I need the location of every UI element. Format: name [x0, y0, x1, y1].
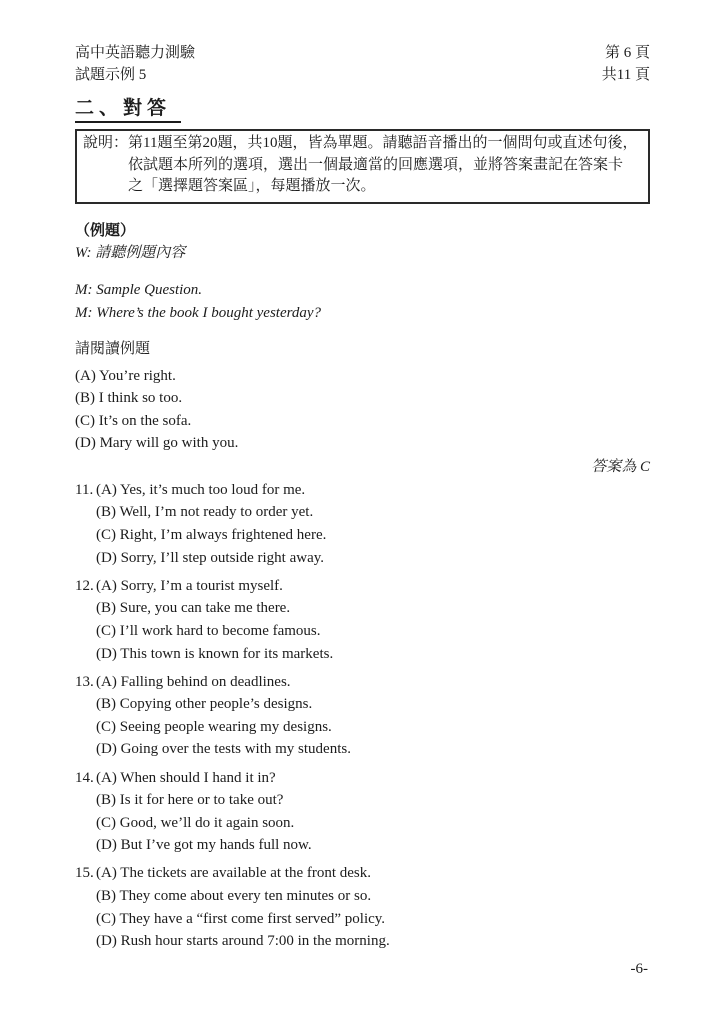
- question-option-b: (B) Is it for here or to take out?: [96, 789, 650, 812]
- question-number: 14.: [75, 767, 96, 790]
- instruction-label: 說明：: [83, 133, 128, 198]
- example-label: （例題）: [75, 219, 650, 240]
- instruction-line: 依試題本所列的選項，選出一個最適當的回應選項，並將答案畫記在答案卡: [128, 155, 642, 177]
- question-option-a: (A) The tickets are available at the fro…: [96, 862, 371, 885]
- question-option-a: (A) Sorry, I’m a tourist myself.: [96, 575, 283, 598]
- example-read-prompt: 請閱讀例題: [75, 338, 650, 361]
- question-number: 11.: [75, 479, 96, 502]
- header-right: 第 6 頁 共11 頁: [602, 42, 650, 86]
- question-11: 11. (A) Yes, it’s much too loud for me. …: [75, 479, 650, 569]
- example-answer-note: 答案為 C: [75, 456, 650, 478]
- footer-page-number: -6-: [631, 962, 649, 977]
- question-12: 12. (A) Sorry, I’m a tourist myself. (B)…: [75, 575, 650, 665]
- example-option-d: (D) Mary will go with you.: [75, 432, 650, 455]
- instruction-line: 之「選擇題答案區」，每題播放一次。: [128, 176, 642, 198]
- question-option-c: (C) They have a “first come first served…: [96, 908, 650, 931]
- header-left: 高中英語聽力測驗 試題示例 5: [75, 42, 195, 86]
- question-option-a: (A) Falling behind on deadlines.: [96, 671, 291, 694]
- question-option-c: (C) Seeing people wearing my designs.: [96, 716, 650, 739]
- section-heading: 二、對答: [75, 93, 181, 123]
- question-option-d: (D) Sorry, I’ll step outside right away.: [96, 547, 650, 570]
- total-pages-indicator: 共11 頁: [602, 64, 650, 86]
- question-15: 15. (A) The tickets are available at the…: [75, 862, 650, 952]
- instruction-line: 第11題至第20題，共10題，皆為單題。請聽語音播出的一個問句或直述句後，: [128, 133, 642, 155]
- instruction-text: 第11題至第20題，共10題，皆為單題。請聽語音播出的一個問句或直述句後， 依試…: [128, 133, 642, 198]
- question-number: 12.: [75, 575, 96, 598]
- exam-subtitle: 試題示例 5: [75, 64, 195, 86]
- question-13: 13. (A) Falling behind on deadlines. (B)…: [75, 671, 650, 761]
- question-option-d: (D) Going over the tests with my student…: [96, 738, 650, 761]
- question-option-a: (A) Yes, it’s much too loud for me.: [96, 479, 305, 502]
- example-option-b: (B) I think so too.: [75, 387, 650, 410]
- example-option-c: (C) It’s on the sofa.: [75, 410, 650, 433]
- question-option-b: (B) Copying other people’s designs.: [96, 693, 650, 716]
- question-number: 15.: [75, 862, 96, 885]
- question-14: 14. (A) When should I hand it in? (B) Is…: [75, 767, 650, 857]
- question-option-a: (A) When should I hand it in?: [96, 767, 276, 790]
- question-option-c: (C) Good, we’ll do it again soon.: [96, 812, 650, 835]
- question-option-d: (D) Rush hour starts around 7:00 in the …: [96, 930, 650, 953]
- page-indicator: 第 6 頁: [602, 42, 650, 64]
- exam-page: 高中英語聽力測驗 試題示例 5 第 6 頁 共11 頁 二、對答 說明： 第11…: [0, 0, 724, 1024]
- example-audio-w: W: 請聽例題內容: [75, 242, 650, 265]
- question-option-c: (C) I’ll work hard to become famous.: [96, 620, 650, 643]
- question-option-b: (B) They come about every ten minutes or…: [96, 885, 650, 908]
- exam-title: 高中英語聽力測驗: [75, 42, 195, 64]
- question-option-d: (D) But I’ve got my hands full now.: [96, 834, 650, 857]
- example-options: (A) You’re right. (B) I think so too. (C…: [75, 365, 650, 455]
- example-audio-m2: M: Where’s the book I bought yesterday?: [75, 302, 650, 325]
- questions-list: 11. (A) Yes, it’s much too loud for me. …: [75, 479, 650, 953]
- question-number: 13.: [75, 671, 96, 694]
- document-header: 高中英語聽力測驗 試題示例 5 第 6 頁 共11 頁: [75, 42, 650, 86]
- example-option-a: (A) You’re right.: [75, 365, 650, 388]
- question-option-d: (D) This town is known for its markets.: [96, 643, 650, 666]
- question-option-c: (C) Right, I’m always frightened here.: [96, 524, 650, 547]
- question-option-b: (B) Well, I’m not ready to order yet.: [96, 501, 650, 524]
- example-section: （例題） W: 請聽例題內容 M: Sample Question. M: Wh…: [75, 219, 650, 478]
- instruction-box: 說明： 第11題至第20題，共10題，皆為單題。請聽語音播出的一個問句或直述句後…: [75, 129, 650, 204]
- example-audio-m1: M: Sample Question.: [75, 279, 650, 302]
- question-option-b: (B) Sure, you can take me there.: [96, 597, 650, 620]
